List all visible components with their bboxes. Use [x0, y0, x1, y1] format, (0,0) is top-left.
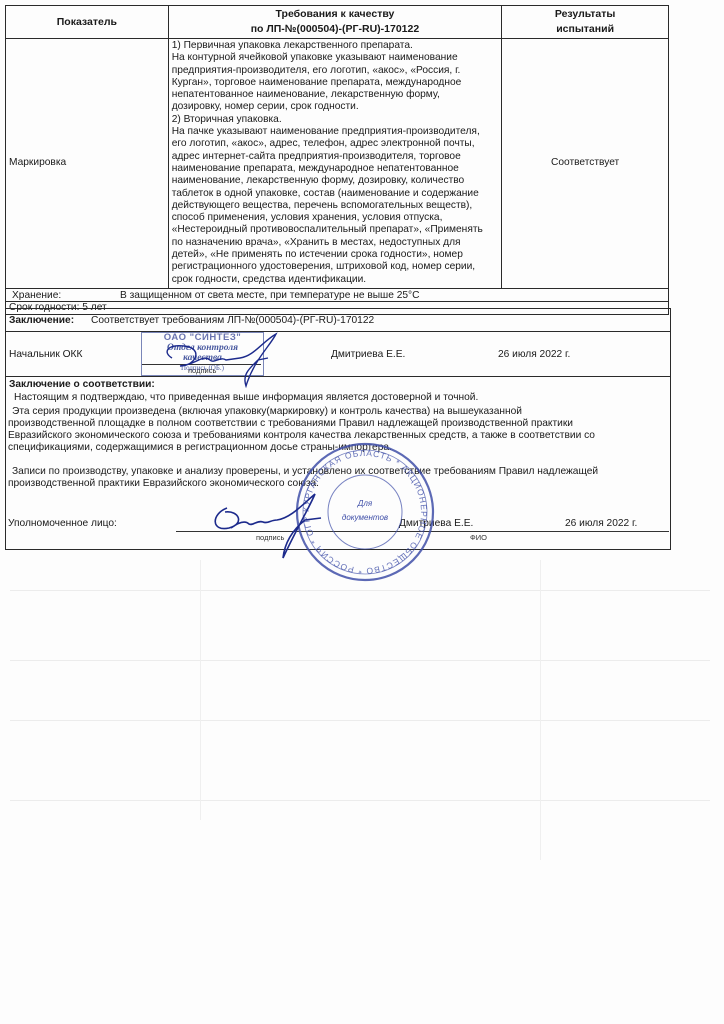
row-result: Соответствует — [502, 39, 669, 289]
header-requirements-line1: Требования к качеству — [172, 7, 499, 22]
seal-center-line1: Для — [357, 499, 373, 508]
bleed-through-line — [10, 800, 710, 801]
requirement-line: «Нестероидный противовоспалительный преп… — [172, 224, 499, 236]
storage-row: Хранение: В защищенном от света месте, п… — [6, 288, 669, 301]
head-okk-name: Дмитриева Е.Е. — [331, 349, 405, 360]
head-okk-date: 26 июля 2022 г. — [498, 349, 570, 360]
row-indicator: Маркировка — [6, 39, 169, 289]
conclusion-value: Соответствует требованиям ЛП-№(000504)-(… — [91, 315, 374, 326]
requirement-line: непатентованное наименование, лекарствен… — [172, 89, 499, 101]
requirement-line: Курган», торговое наименование препарата… — [172, 77, 499, 89]
header-requirements: Требования к качеству по ЛП-№(000504)-(Р… — [168, 6, 502, 39]
header-indicator: Показатель — [6, 6, 169, 39]
compliance-title: Заключение о соответствии: — [9, 379, 155, 390]
table-row: Маркировка 1) Первичная упаковка лекарст… — [6, 39, 669, 289]
requirement-line: способ применения, условия хранения, усл… — [172, 212, 499, 224]
requirement-line: его логотип, «акос», адрес, телефон, адр… — [172, 138, 499, 150]
compliance-paragraph-2-line: производственной площадке в полном соотв… — [8, 418, 573, 429]
storage-label: Хранение: — [12, 290, 61, 302]
compliance-paragraph-1: Настоящим я подтверждаю, что приведенная… — [14, 392, 478, 403]
header-requirements-line2: по ЛП-№(000504)-(РГ-RU)-170122 — [172, 22, 499, 37]
requirement-line: 1) Первичная упаковка лекарственного пре… — [172, 40, 499, 52]
document-page: Показатель Требования к качеству по ЛП-№… — [0, 0, 724, 1024]
storage-value: В защищенном от света месте, при темпера… — [120, 290, 420, 302]
requirement-line: наименование, лекарственную форму, дозир… — [172, 175, 499, 187]
head-okk-row: Начальник ОКК Дмитриева Е.Е. 26 июля 202… — [5, 331, 671, 377]
requirement-line: На контурной ячейковой упаковке указываю… — [172, 52, 499, 64]
authorized-label: Уполномоченное лицо: — [8, 518, 117, 529]
head-okk-position: Начальник ОКК — [9, 349, 82, 360]
bleed-through-line — [540, 560, 541, 860]
row-requirements: 1) Первичная упаковка лекарственного пре… — [168, 39, 502, 289]
bleed-through-line — [10, 590, 710, 591]
header-indicator-label: Показатель — [57, 16, 117, 28]
requirement-line: таблеток в одной упаковке, состав (наиме… — [172, 188, 499, 200]
conclusion-row: Заключение: Соответствует требованиям ЛП… — [5, 308, 671, 332]
conclusion-label: Заключение: — [9, 315, 74, 326]
requirement-line: дозировку, номер серии, срок годности. — [172, 101, 499, 113]
authorized-name-caption: ФИО — [470, 533, 487, 542]
seal-center-line2: документов — [342, 513, 388, 522]
requirement-line: 2) Вторичная упаковка. — [172, 114, 499, 126]
requirement-line: предприятия-производителя, его логотип, … — [172, 65, 499, 77]
requirement-line: адрес интернет-сайта предприятия-произво… — [172, 151, 499, 163]
bleed-through-line — [10, 720, 710, 721]
requirement-line: На пачке указывают наименование предприя… — [172, 126, 499, 138]
specification-table: Показатель Требования к качеству по ЛП-№… — [5, 5, 669, 315]
compliance-paragraph-2-line: Эта серия продукции произведена (включая… — [12, 406, 522, 417]
requirement-line: детей», «Не применять по истечении срока… — [172, 249, 499, 261]
requirement-line: наименование препарата, международное не… — [172, 163, 499, 175]
compliance-paragraph-2-line: Евразийского экономического союза и треб… — [8, 430, 595, 441]
requirement-line: срок годности, средства идентификации. — [172, 274, 499, 286]
requirement-line: по назначению врача», «Хранить в местах,… — [172, 237, 499, 249]
bleed-through-line — [10, 660, 710, 661]
header-results-line1: Результаты — [505, 7, 665, 22]
header-results-line2: испытаний — [505, 22, 665, 37]
bleed-through-line — [200, 560, 201, 820]
requirement-line: действующего вещества, перечень вспомога… — [172, 200, 499, 212]
header-results: Результаты испытаний — [502, 6, 669, 39]
requirement-line: регистрационного удостоверения, штрихово… — [172, 261, 499, 273]
table-header-row: Показатель Требования к качеству по ЛП-№… — [6, 6, 669, 39]
authorized-date: 26 июля 2022 г. — [565, 518, 637, 529]
authorized-signature-icon — [205, 488, 335, 560]
